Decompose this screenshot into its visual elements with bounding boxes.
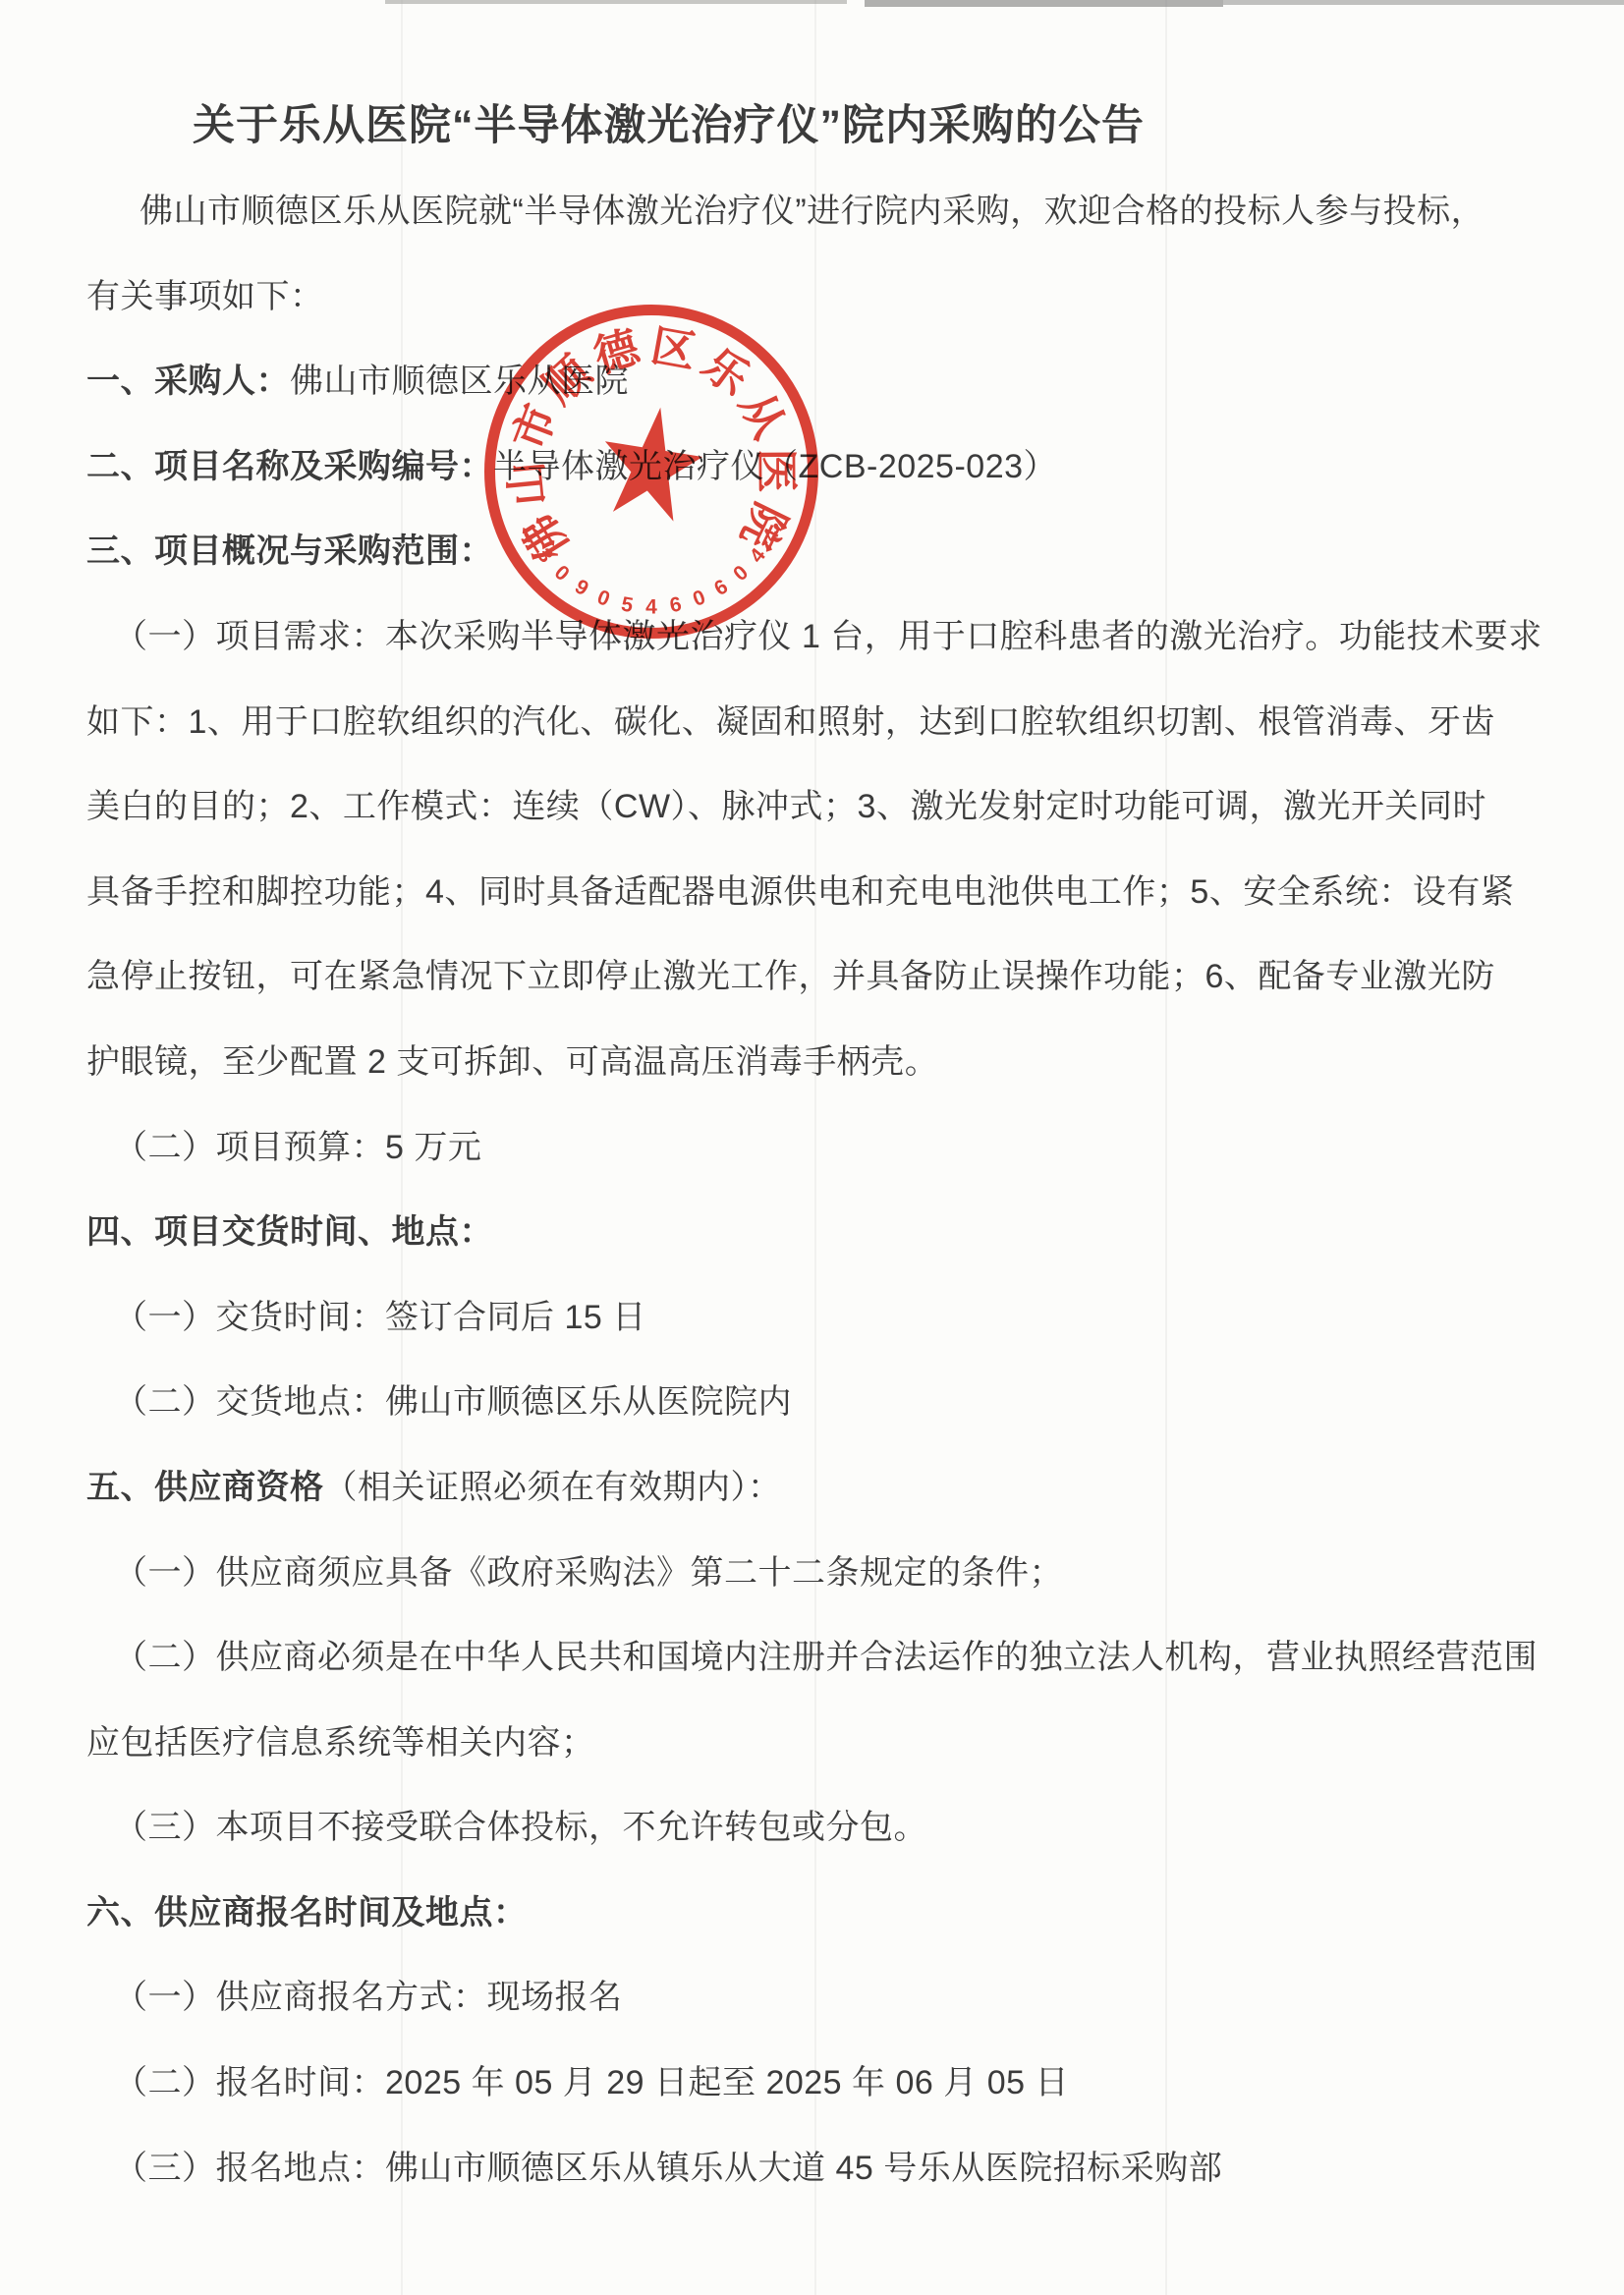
section-scope-heading: 三、项目概况与采购范围： (86, 509, 1452, 594)
section-purchaser: 一、采购人：佛山市顺德区乐从医院 (86, 339, 1452, 424)
qualification-line: 应包括医疗信息系统等相关内容； (86, 1701, 1452, 1786)
section-delivery-heading: 四、项目交货时间、地点： (86, 1190, 1452, 1275)
scanned-document-page: { "page": { "background": "#fcfcfa", "te… (0, 0, 1624, 2295)
requirements-line: 如下：1、用于口腔软组织的汽化、碳化、凝固和照射，达到口腔软组织切割、根管消毒、… (86, 680, 1452, 765)
requirements-line: 护眼镜，至少配置 2 支可拆卸、可高温高压消毒手柄壳。 (86, 1020, 1452, 1105)
intro-line: 佛山市顺德区乐从医院就“半导体激光治疗仪”进行院内采购，欢迎合格的投标人参与投标… (86, 169, 1452, 254)
requirements-line: 具备手控和脚控功能；4、同时具备适配器电源供电和充电电池供电工作；5、安全系统：… (86, 850, 1452, 935)
budget-line: （二）项目预算：5 万元 (86, 1105, 1452, 1191)
registration-time-line: （二）报名时间：2025 年 05 月 29 日起至 2025 年 06 月 0… (86, 2041, 1452, 2126)
qualification-line: （三）本项目不接受联合体投标，不允许转包或分包。 (86, 1785, 1452, 1871)
announcement-body: 关于乐从医院“半导体激光治疗仪”院内采购的公告 佛山市顺德区乐从医院就“半导体激… (86, 84, 1452, 2211)
registration-method-line: （一）供应商报名方式：现场报名 (86, 1955, 1452, 2041)
scan-edge-artifact (1223, 0, 1624, 5)
registration-place-line: （三）报名地点：佛山市顺德区乐从镇乐从大道 45 号乐从医院招标采购部 (86, 2126, 1452, 2211)
page-title: 关于乐从医院“半导体激光治疗仪”院内采购的公告 (86, 84, 1452, 169)
delivery-place-line: （二）交货地点：佛山市顺德区乐从医院院内 (86, 1360, 1452, 1445)
requirements-line: （一）项目需求：本次采购半导体激光治疗仪 1 台，用于口腔科患者的激光治疗。功能… (86, 594, 1452, 680)
section-qualification-heading: 五、供应商资格（相关证照必须在有效期内）： (86, 1445, 1452, 1531)
intro-line: 有关事项如下： (86, 254, 1452, 340)
section-registration-heading: 六、供应商报名时间及地点： (86, 1871, 1452, 1956)
section-project-name: 二、项目名称及采购编号：半导体激光治疗仪（ZCB-2025-023） (86, 424, 1452, 510)
qualification-line: （二）供应商必须是在中华人民共和国境内注册并合法运作的独立法人机构，营业执照经营… (86, 1615, 1452, 1701)
scan-edge-artifact (865, 0, 1223, 7)
requirements-line: 急停止按钮，可在紧急情况下立即停止激光工作，并具备防止误操作功能；6、配备专业激… (86, 934, 1452, 1020)
scan-edge-artifact (385, 0, 847, 4)
qualification-line: （一）供应商须应具备《政府采购法》第二十二条规定的条件； (86, 1531, 1452, 1616)
delivery-time-line: （一）交货时间：签订合同后 15 日 (86, 1275, 1452, 1361)
requirements-line: 美白的目的；2、工作模式：连续（CW）、脉冲式；3、激光发射定时功能可调，激光开… (86, 764, 1452, 850)
